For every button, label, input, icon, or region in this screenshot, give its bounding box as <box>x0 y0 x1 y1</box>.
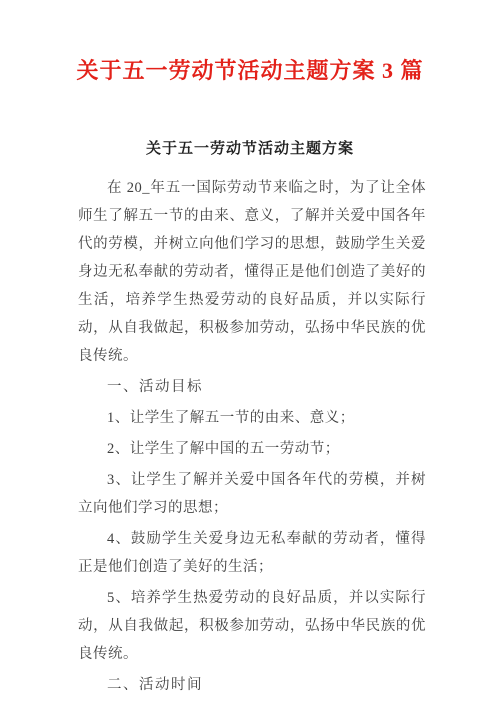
section-heading: 一、活动目标 <box>78 373 426 401</box>
list-item: 5、培养学生热爱劳动的良好品质，并以实际行动，从自我做起，积极参加劳动，弘扬中华… <box>78 584 426 668</box>
document-page: 关于五一劳动节活动主题方案 3 篇 关于五一劳动节活动主题方案 在 20_年五一… <box>0 0 500 708</box>
list-item: 4、鼓励学生关爱身边无私奉献的劳动者，懂得正是他们创造了美好的生活； <box>78 525 426 581</box>
document-section-title: 关于五一劳动节活动主题方案 <box>0 137 500 158</box>
document-body: 在 20_年五一国际劳动节来临之时，为了让全体师生了解五一节的由来、意义，了解并… <box>0 174 500 699</box>
body-paragraph: 在 20_年五一国际劳动节来临之时，为了让全体师生了解五一节的由来、意义，了解并… <box>78 174 426 370</box>
list-item: 2、让学生了解中国的五一劳动节； <box>78 435 426 463</box>
list-item: 1、让学生了解五一节的由来、意义； <box>78 404 426 432</box>
section-heading: 二、活动时间 <box>78 671 426 699</box>
list-item: 3、让学生了解并关爱中国各年代的劳模，并树立向他们学习的思想； <box>78 466 426 522</box>
page-title: 关于五一劳动节活动主题方案 3 篇 <box>0 0 500 85</box>
